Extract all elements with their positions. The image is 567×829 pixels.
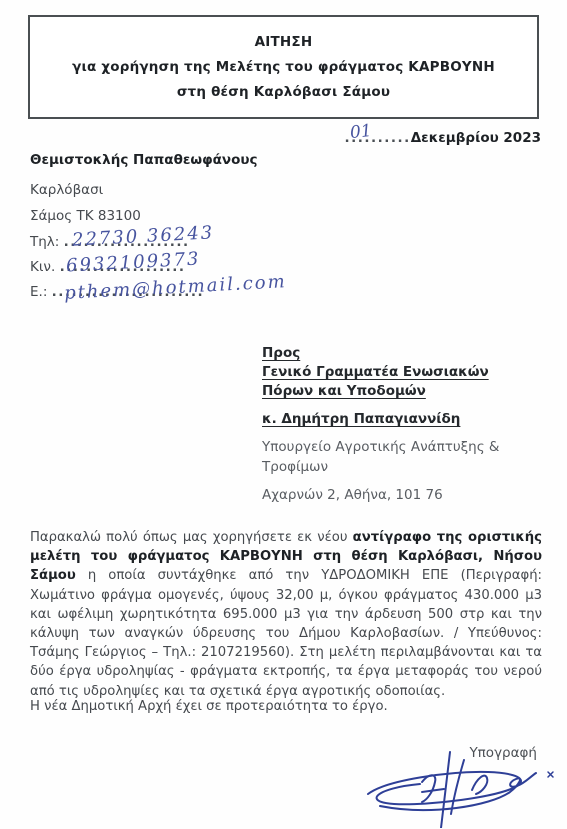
date-dotted-field: .......... 01 [344,130,410,146]
sender-address-1: Καρλόβασι [30,182,330,198]
priority-note: Η νέα Δημοτική Αρχή έχει σε προτεραιότητ… [30,699,542,714]
mobile-label: Κιν. [30,259,55,275]
spacer [262,401,542,410]
document-title: ΑΙΤΗΣΗ [255,34,313,50]
spacer [262,429,542,437]
handwritten-phone: 22730 36243 [72,222,215,250]
recipient-block: Προς Γενικό Γραμματέα Ενωσιακών Πόρων κα… [262,344,542,505]
sender-address-2: Σάμος ΤΚ 83100 [30,208,330,224]
spacer [262,477,542,485]
recipient-person: κ. Δημήτρη Παπαγιαννίδη [262,410,542,429]
handwritten-signature [358,748,558,828]
scanned-application-document: ΑΙΤΗΣΗ για χορήγηση της Μελέτης του φράγ… [0,0,567,829]
document-location-line: στη θέση Καρλόβασι Σάμου [177,84,390,100]
email-label: Ε.: [30,284,47,300]
request-paragraph: Παρακαλώ πολύ όπως μας χορηγήσετε εκ νέο… [30,528,542,701]
ministry-line-1: Υπουργείο Αγροτικής Ανάπτυξης & [262,437,542,457]
handwritten-day: 01 [349,121,373,143]
phone-label: Τηλ: [30,234,59,250]
email-field: Ε.: ....................... pthem@hotmai… [30,284,330,309]
paragraph-rest: η οποία συντάχθηκε από την ΥΔΡΟΔΟΜΙΚΗ ΕΠ… [30,568,542,698]
title-box: ΑΙΤΗΣΗ για χορήγηση της Μελέτης του φράγ… [28,15,539,119]
document-subtitle: για χορήγηση της Μελέτης του φράγματος Κ… [72,59,495,75]
recipient-title-1: Γενικό Γραμματέα Ενωσιακών [262,363,542,382]
ministry-address: Αχαρνών 2, Αθήνα, 101 76 [262,485,542,505]
date-printed: Δεκεμβρίου 2023 [411,130,541,146]
to-label: Προς [262,344,542,363]
ministry-line-2: Τροφίμων [262,457,542,477]
date-line: .......... 01 Δεκεμβρίου 2023 [344,130,541,152]
recipient-title-2: Πόρων και Υποδομών [262,382,542,401]
sender-name: Θεμιστοκλής Παπαθεωφάνους [30,152,330,168]
paragraph-lead: Παρακαλώ πολύ όπως μας χορηγήσετε εκ νέο… [30,530,353,545]
sender-block: Θεμιστοκλής Παπαθεωφάνους Καρλόβασι Σάμο… [30,152,330,309]
